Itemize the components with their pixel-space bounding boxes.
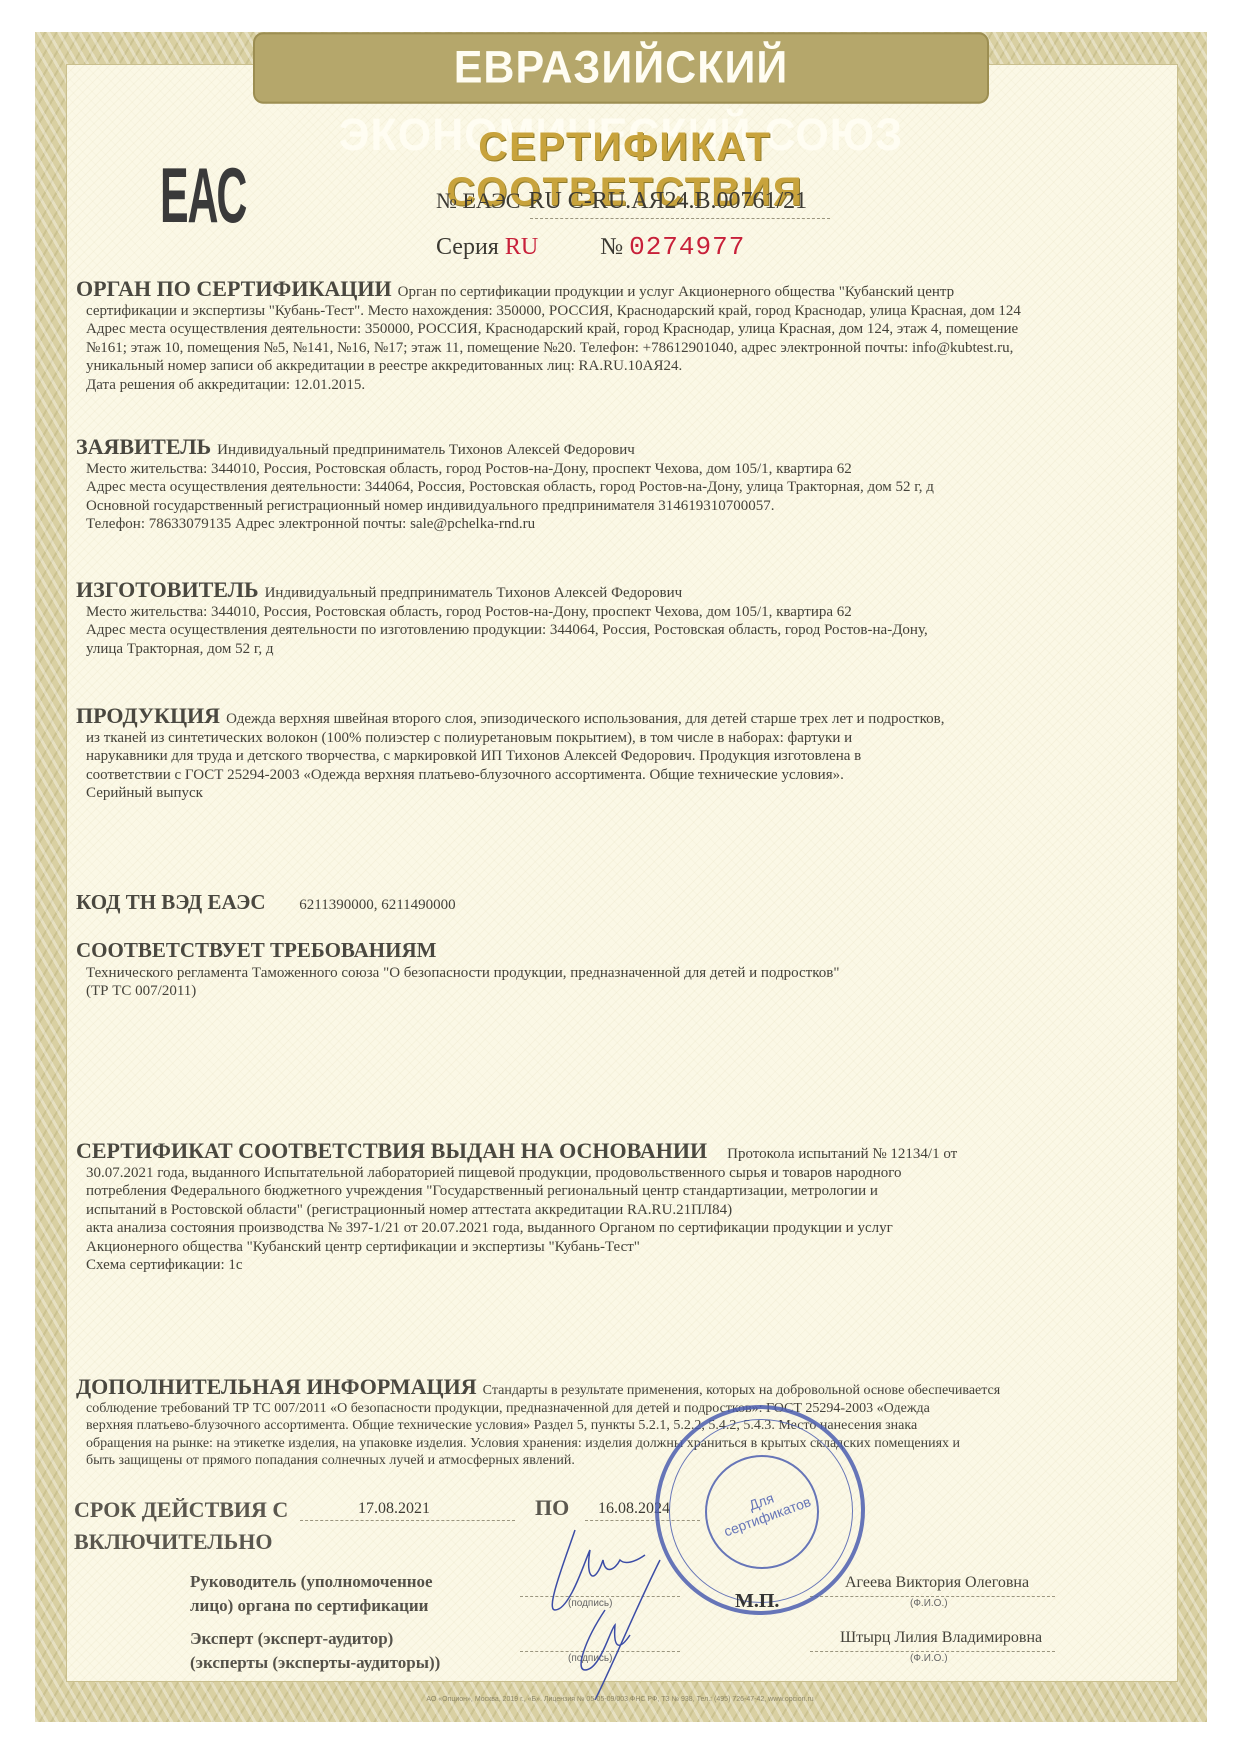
section-line: Телефон: 78633079135 Адрес электронной п…	[86, 515, 1136, 534]
section-line: Дата решения об аккредитации: 12.01.2015…	[86, 376, 1136, 395]
section-line: Орган по сертификации продукции и услуг …	[398, 284, 955, 300]
section-line: Технического регламента Таможенного союз…	[86, 964, 1136, 983]
section-line: Место жительства: 344010, Россия, Ростов…	[86, 603, 1136, 622]
section-line: 30.07.2021 года, выданного Испытательной…	[86, 1164, 1136, 1183]
section-heading: ДОПОЛНИТЕЛЬНАЯ ИНФОРМАЦИЯ	[76, 1374, 477, 1399]
section-heading: СЕРТИФИКАТ СООТВЕТСТВИЯ ВЫДАН НА ОСНОВАН…	[76, 1138, 707, 1163]
section-line: Адрес места осуществления деятельности п…	[86, 621, 1136, 640]
section-line: Адрес места осуществления деятельности: …	[86, 478, 1136, 497]
section-line: (ТР ТС 007/2011)	[86, 982, 1136, 1001]
expert-name: Штырц Лилия Владимировна	[840, 1629, 1042, 1647]
series-value: RU	[505, 234, 538, 260]
section-line: Стандарты в результате применения, котор…	[483, 1383, 1001, 1398]
section-line: Место жительства: 344010, Россия, Ростов…	[86, 460, 1136, 479]
certification-stamp: Для сертификатов	[655, 1405, 865, 1615]
section-heading: ОРГАН ПО СЕРТИФИКАЦИИ	[76, 276, 392, 301]
section-line: Протокола испытаний № 12134/1 от	[727, 1146, 957, 1162]
section-line: быть защищены от прямого попадания солне…	[86, 1452, 1136, 1470]
section-line: верхняя платьево-блузочного ассортимента…	[86, 1417, 1136, 1435]
section-heading: СООТВЕТСТВУЕТ ТРЕБОВАНИЯМ	[76, 941, 1130, 960]
section-line: акта анализа состояния производства № 39…	[86, 1219, 1136, 1238]
validity-inclusive-label: ВКЛЮЧИТЕЛЬНО	[74, 1526, 288, 1558]
section-line: Серийный выпуск	[86, 784, 1136, 803]
union-banner: ЕВРАЗИЙСКИЙ ЭКОНОМИЧЕСКИЙ СОЮЗ	[253, 32, 989, 103]
section-tn-ved: КОД ТН ВЭД ЕАЭС 6211390000, 6211490000	[76, 893, 1136, 915]
section-line: №161; этаж 10, помещения №5, №141, №16, …	[86, 339, 1136, 358]
head-signatory-label: Руководитель (уполномоченное лицо) орган…	[190, 1570, 433, 1618]
section-additional-info: ДОПОЛНИТЕЛЬНАЯ ИНФОРМАЦИЯСтандарты в рез…	[76, 1378, 1136, 1470]
section-basis: СЕРТИФИКАТ СООТВЕТСТВИЯ ВЫДАН НА ОСНОВАН…	[76, 1142, 1136, 1275]
section-applicant: ЗАЯВИТЕЛЬИндивидуальный предприниматель …	[76, 438, 1136, 534]
section-line: Индивидуальный предприниматель Тихонов А…	[217, 442, 635, 458]
series-row: Серия RU №0274977	[436, 232, 745, 262]
divider	[810, 1596, 1055, 1597]
divider	[300, 1520, 515, 1521]
section-line: уникальный номер записи об аккредитации …	[86, 357, 1136, 376]
section-line: обращения на рынке: на этикетке изделия,…	[86, 1435, 1136, 1453]
certificate-number: № ЕАЭСRU C-RU.АЯ24.В.00761/21	[436, 188, 807, 215]
section-line: Индивидуальный предприниматель Тихонов А…	[265, 585, 683, 601]
label-line: лицо) органа по сертификации	[190, 1594, 433, 1618]
series-label: Серия	[436, 234, 499, 260]
section-line: улица Тракторная, дом 52 г, д	[86, 640, 1136, 659]
validity-from-label: СРОК ДЕЙСТВИЯ С	[74, 1494, 288, 1526]
divider	[530, 218, 830, 219]
section-heading: ПРОДУКЦИЯ	[76, 703, 220, 728]
certificate-number-value: RU C-RU.АЯ24.В.00761/21	[528, 188, 807, 214]
section-line: нарукавники для труда и детского творчес…	[86, 747, 1136, 766]
section-certification-body: ОРГАН ПО СЕРТИФИКАЦИИОрган по сертификац…	[76, 280, 1136, 394]
label-line: Руководитель (уполномоченное	[190, 1570, 433, 1594]
section-requirements: СООТВЕТСТВУЕТ ТРЕБОВАНИЯМ Технического р…	[76, 941, 1136, 1001]
section-line: потребления Федерального бюджетного учре…	[86, 1182, 1136, 1201]
label-line: Эксперт (эксперт-аудитор)	[190, 1627, 440, 1651]
name-caption: (Ф.И.О.)	[910, 1653, 948, 1664]
section-heading: ЗАЯВИТЕЛЬ	[76, 434, 211, 459]
section-line: испытаний в Ростовской области" (регистр…	[86, 1201, 1136, 1220]
certificate-number-label: № ЕАЭС	[436, 188, 520, 213]
blank-number-label: №	[600, 234, 623, 260]
section-line: соответствии с ГОСТ 25294-2003 «Одежда в…	[86, 766, 1136, 785]
divider	[810, 1651, 1055, 1652]
seal-place-label: М.П.	[735, 1590, 779, 1613]
tn-ved-codes: 6211390000, 6211490000	[299, 897, 455, 913]
section-line: сертификации и экспертизы "Кубань-Тест".…	[86, 302, 1136, 321]
section-heading: КОД ТН ВЭД ЕАЭС	[76, 890, 266, 914]
section-line: соблюдение требований ТР ТС 007/2011 «О …	[86, 1400, 1136, 1418]
section-line: Схема сертификации: 1с	[86, 1256, 1136, 1275]
section-line: Акционерного общества "Кубанский центр с…	[86, 1238, 1136, 1257]
section-line: Адрес места осуществления деятельности: …	[86, 320, 1136, 339]
expert-signatory-label: Эксперт (эксперт-аудитор) (эксперты (экс…	[190, 1627, 440, 1675]
name-caption: (Ф.И.О.)	[910, 1598, 948, 1609]
section-line: из тканей из синтетических волокон (100%…	[86, 729, 1136, 748]
head-name: Агеева Виктория Олеговна	[845, 1574, 1029, 1592]
section-manufacturer: ИЗГОТОВИТЕЛЬИндивидуальный предпринимате…	[76, 581, 1136, 658]
section-heading: ИЗГОТОВИТЕЛЬ	[76, 577, 259, 602]
section-line: Одежда верхняя швейная второго слоя, эпи…	[226, 711, 944, 727]
validity-from-date: 17.08.2021	[358, 1500, 430, 1518]
blank-number-value: 0274977	[629, 232, 745, 262]
eac-mark-icon: ЕАС	[160, 150, 246, 241]
section-product: ПРОДУКЦИЯОдежда верхняя швейная второго …	[76, 707, 1136, 803]
printer-footer: АО «Опцион», Москва, 2019 г., «Б». Лицен…	[350, 1696, 890, 1703]
validity-label: СРОК ДЕЙСТВИЯ С ВКЛЮЧИТЕЛЬНО	[74, 1494, 288, 1558]
section-line: Основной государственный регистрационный…	[86, 497, 1136, 516]
label-line: (эксперты (эксперты-аудиторы))	[190, 1651, 440, 1675]
